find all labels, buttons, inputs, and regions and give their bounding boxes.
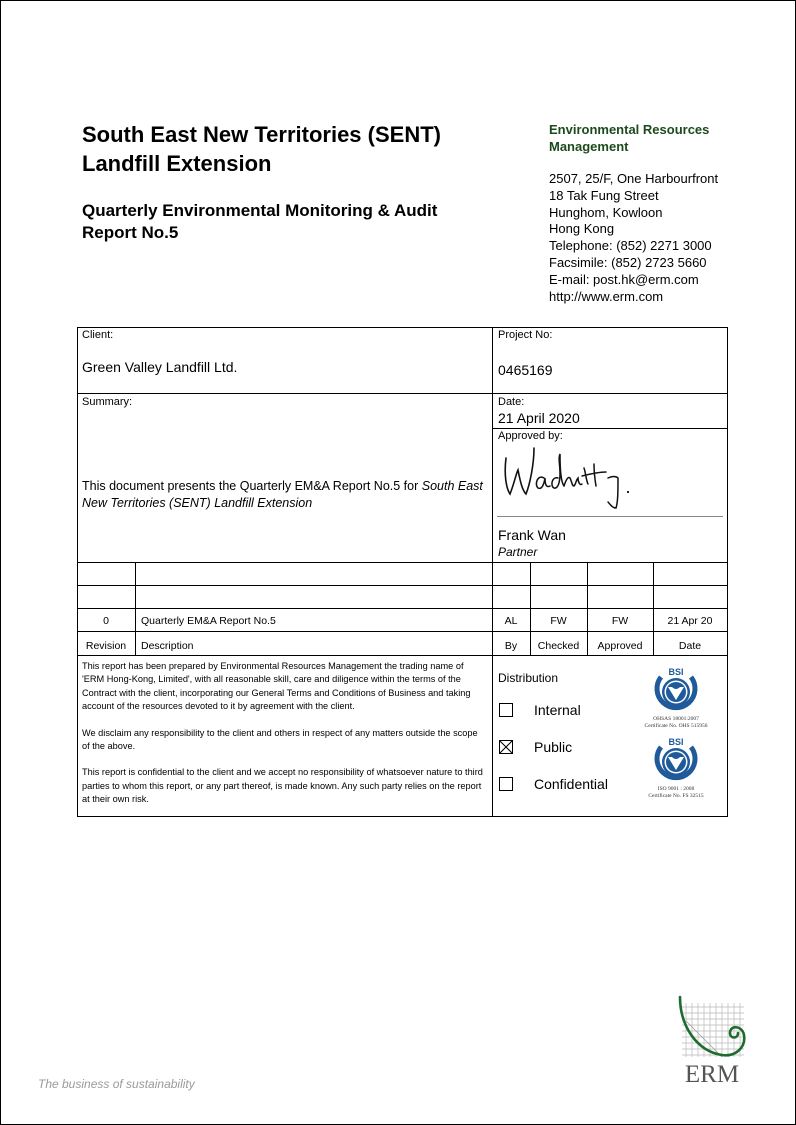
subtitle-line-1: Quarterly Environmental Monitoring & Aud… bbox=[82, 200, 512, 222]
address-line: 18 Tak Fung Street bbox=[549, 188, 779, 205]
summary-text: This document presents the Quarterly EM&… bbox=[82, 478, 487, 512]
subtitle-line-2: Report No.5 bbox=[82, 222, 512, 244]
disclaimer-paragraph: This report has been prepared by Environ… bbox=[82, 660, 487, 714]
table-border bbox=[77, 327, 78, 817]
confidential-label: Confidential bbox=[534, 776, 608, 792]
document-subtitle: Quarterly Environmental Monitoring & Aud… bbox=[82, 200, 512, 244]
signature-line bbox=[497, 516, 723, 517]
internal-label: Internal bbox=[534, 702, 581, 718]
bsi-logo-icon: BSI bbox=[653, 667, 699, 711]
erm-logo-text: ERM bbox=[676, 1061, 748, 1089]
client-label: Client: bbox=[82, 329, 113, 341]
tagline: The business of sustainability bbox=[38, 1077, 195, 1091]
title-line-2: Landfill Extension bbox=[82, 149, 512, 178]
email-link[interactable]: E-mail: post.hk@erm.com bbox=[549, 272, 779, 289]
company-address: 2507, 25/F, One Harbourfront 18 Tak Fung… bbox=[549, 171, 779, 305]
project-number-label: Project No: bbox=[498, 329, 552, 341]
summary-text-plain: This document presents the Quarterly EM&… bbox=[82, 479, 422, 493]
document-title: South East New Territories (SENT) Landfi… bbox=[82, 120, 512, 178]
facsimile: Facsimile: (852) 2723 5660 bbox=[549, 255, 779, 272]
bsi-ohsas-badge: BSI OHSAS 18001:2007 Certificate No. OHS… bbox=[636, 667, 716, 730]
table-divider bbox=[77, 393, 728, 394]
approved-by-label: Approved by: bbox=[498, 430, 563, 442]
table-divider bbox=[77, 655, 728, 656]
date-cell: 21 Apr 20 bbox=[653, 615, 727, 627]
table-border bbox=[77, 327, 728, 328]
description-cell: Quarterly EM&A Report No.5 bbox=[141, 615, 276, 627]
address-line: Hong Kong bbox=[549, 221, 779, 238]
erm-logo: ERM bbox=[676, 995, 756, 1090]
cert-number: Certificate No. OHS 515956 bbox=[636, 723, 716, 730]
disclaimer-paragraph: This report is confidential to the clien… bbox=[82, 766, 487, 806]
approver-title: Partner bbox=[498, 545, 537, 559]
cert-number: Certificate No. FS 32515 bbox=[636, 793, 716, 800]
disclaimer: This report has been prepared by Environ… bbox=[82, 660, 487, 820]
table-divider bbox=[77, 562, 728, 563]
table-divider bbox=[77, 585, 728, 586]
checked-cell: FW bbox=[530, 615, 587, 627]
date-label: Date: bbox=[498, 396, 524, 408]
table-divider bbox=[77, 631, 728, 632]
telephone: Telephone: (852) 2271 3000 bbox=[549, 238, 779, 255]
address-line: Hunghom, Kowloon bbox=[549, 205, 779, 222]
confidential-checkbox[interactable] bbox=[499, 777, 513, 791]
approved-header: Approved bbox=[587, 640, 653, 652]
cert-standard: ISO 9001 : 2008 bbox=[636, 786, 716, 793]
table-divider bbox=[135, 562, 136, 655]
checkmark-x-icon bbox=[500, 741, 512, 753]
internal-checkbox[interactable] bbox=[499, 703, 513, 717]
date-header: Date bbox=[653, 640, 727, 652]
table-divider bbox=[492, 327, 493, 817]
company-name-line-2: Management bbox=[549, 138, 779, 155]
title-line-1: South East New Territories (SENT) bbox=[82, 120, 512, 149]
project-number-value: 0465169 bbox=[498, 362, 553, 378]
erm-fern-grid-icon bbox=[676, 995, 748, 1061]
signature-icon bbox=[500, 444, 640, 516]
svg-text:BSI: BSI bbox=[668, 667, 683, 677]
bsi-logo-icon: BSI bbox=[653, 737, 699, 781]
revision-header: Revision bbox=[77, 640, 135, 652]
by-cell: AL bbox=[492, 615, 530, 627]
disclaimer-paragraph: We disclaim any responsibility to the cl… bbox=[82, 727, 487, 754]
summary-label: Summary: bbox=[82, 396, 132, 408]
address-line: 2507, 25/F, One Harbourfront bbox=[549, 171, 779, 188]
website-link[interactable]: http://www.erm.com bbox=[549, 289, 779, 306]
table-divider bbox=[492, 428, 728, 429]
table-divider bbox=[77, 608, 728, 609]
approved-cell: FW bbox=[587, 615, 653, 627]
table-border bbox=[727, 327, 728, 817]
by-header: By bbox=[492, 640, 530, 652]
company-name: Environmental Resources Management bbox=[549, 121, 779, 155]
company-name-line-1: Environmental Resources bbox=[549, 121, 779, 138]
revision-cell: 0 bbox=[77, 615, 135, 627]
public-checkbox[interactable] bbox=[499, 740, 513, 754]
cert-standard: OHSAS 18001:2007 bbox=[636, 716, 716, 723]
description-header: Description bbox=[141, 640, 194, 652]
bsi-iso-badge: BSI ISO 9001 : 2008 Certificate No. FS 3… bbox=[636, 737, 716, 800]
approver-name: Frank Wan bbox=[498, 527, 566, 543]
public-label: Public bbox=[534, 739, 572, 755]
checked-header: Checked bbox=[530, 640, 587, 652]
svg-text:BSI: BSI bbox=[668, 737, 683, 747]
client-value: Green Valley Landfill Ltd. bbox=[82, 359, 237, 375]
date-value: 21 April 2020 bbox=[498, 410, 580, 426]
distribution-label: Distribution bbox=[498, 671, 558, 685]
